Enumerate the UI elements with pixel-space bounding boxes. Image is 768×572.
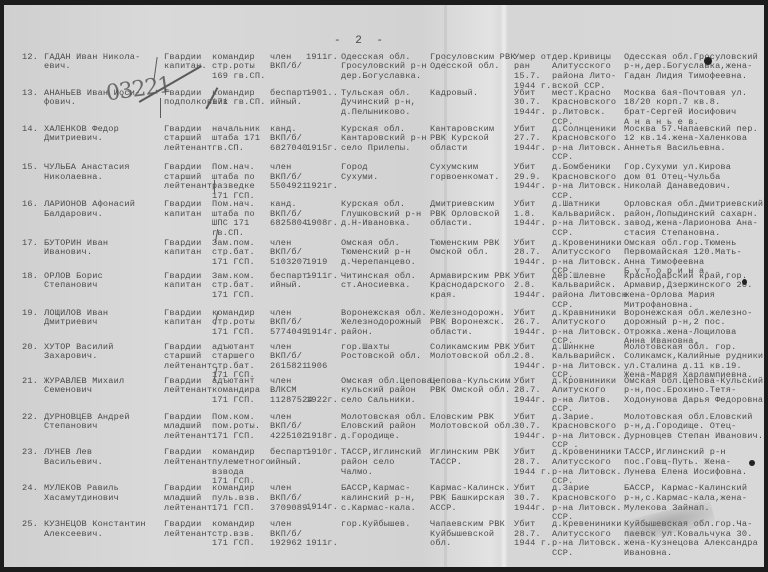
cell-rank: Гвардии лейтенант	[164, 520, 214, 539]
cell-position: Зам.ком. стр.бат. 171 ГСП.	[212, 272, 272, 301]
cell-num: 13.	[22, 89, 44, 99]
cell-kin: Одесская обл.Гросуловский р-н,дер.Богусл…	[624, 53, 764, 82]
cell-rank: Гвардии капитан	[164, 239, 214, 258]
cell-num: 23.	[22, 448, 44, 458]
cell-death: Убит 28.7. 1944 г.	[514, 448, 554, 477]
cell-name: ЛОЩИЛОВ Иван Дмитриевич	[44, 309, 164, 328]
cell-num: 18.	[22, 272, 44, 282]
scanned-document-page: - 2 - 03221 12.ГАДАН Иван Никола- евич.Г…	[4, 5, 764, 567]
cell-name: ЛУНЕВ Лев Васильевич.	[44, 448, 164, 467]
cell-born: 1911г.	[306, 53, 338, 63]
cell-party: член ВКП/б/ 2615821	[270, 343, 340, 372]
cell-num: 22.	[22, 413, 44, 423]
cell-rvk: Гросуловским РВК Одесской обл.	[430, 53, 520, 72]
cell-num: 17.	[22, 239, 44, 249]
cell-death: Убит 28.7. 1944г.	[514, 377, 554, 406]
cell-num: 25.	[22, 520, 44, 530]
cell-num: 15.	[22, 163, 44, 173]
cell-num: 20.	[22, 343, 44, 353]
cell-position: Пом.нач. штаба по ШПС 171 гв.СП.	[212, 200, 272, 238]
cell-rank: Гвардии младший лейтенант	[164, 413, 214, 442]
cell-kin: Москва 6ая-Почтовая ул. 18/20 корп.7 кв.…	[624, 89, 764, 127]
cell-born: 1910г.	[306, 448, 338, 458]
cell-death: Убит 28.7. 1944г.	[514, 239, 554, 268]
cell-kin: Молотовская обл.Еловский р-н,д.Городище.…	[624, 413, 764, 442]
cell-name: ОРЛОВ Борис Степанович	[44, 272, 164, 291]
cell-kin: Гор.Сухуми ул.Кирова дом 01 Отец-Чульба …	[624, 163, 764, 192]
cell-born: 1919	[306, 258, 327, 268]
cell-death: Убит 1.8. 1944г.	[514, 200, 554, 229]
cell-kin: Краснодарский край,гор. Армавир,Дзержинс…	[624, 272, 764, 310]
cell-rank: Гвардии капитан	[164, 200, 214, 219]
cell-num: 16.	[22, 200, 44, 210]
cell-born: 1922г.	[306, 396, 338, 406]
cell-kin: Омская обл.Цепова-Кульский р-н,пос.Ерохи…	[624, 377, 764, 406]
cell-rank: Гвардии капитан	[164, 272, 214, 291]
cell-rank: Гвардии капитан.	[164, 53, 214, 72]
cell-name: ХУТОР Василий Захарович.	[44, 343, 164, 362]
cell-num: 19.	[22, 309, 44, 319]
cell-born: 1921г.	[306, 182, 338, 192]
cell-position: командир стр.взв. 171 ГСП.	[212, 520, 272, 549]
cell-rank: Гвардии лейтенант	[164, 448, 214, 467]
cell-rvk: Иглинским РВК ТАССР.	[430, 448, 520, 467]
cell-death: Убит 27.7. 1944г.	[514, 125, 554, 154]
cell-rvk: Цепова-Кульским РВК Омской обл.	[430, 377, 520, 396]
cell-rvk: Тюменским РВК Омской обл.	[430, 239, 520, 258]
cell-name: КУЗНЕЦОВ Константин Алексеевич.	[44, 520, 164, 539]
cell-name: БУТОРИН Иван Иванович.	[44, 239, 164, 258]
cell-name: ЖУРАВЛЕВ Михаил Семенович	[44, 377, 164, 396]
page-number: - 2 -	[334, 35, 387, 47]
cell-rank: Гвардии старший лейтенант	[164, 163, 214, 192]
cell-name: ГАДАН Иван Никола- евич.	[44, 53, 164, 72]
cell-rank: Гвардии старший лейтенант	[164, 125, 214, 154]
cell-name: МУЛЕКОВ Равиль Хасамутдинович	[44, 484, 164, 503]
cell-name: ХАЛЕНКОВ Федор Дмитриевич.	[44, 125, 164, 144]
cell-born: 1914г.	[306, 503, 338, 513]
ink-blot	[742, 279, 747, 285]
cell-position: начальник штаба 171 гв.СП.	[212, 125, 272, 154]
cell-born: 1914г.	[306, 328, 338, 338]
cell-rvk: Кантаровским РВК Курской области	[430, 125, 520, 154]
cell-rank: Гвардии капитан	[164, 309, 214, 328]
cell-rank: Гвардии лейтенант	[164, 377, 214, 396]
cell-rvk: Еловским РВК Молотовской обл.	[430, 413, 520, 432]
cell-rank: Гвардии старший лейтенант	[164, 343, 214, 372]
cell-death: Убит 30.7. 1944г.	[514, 484, 554, 513]
cell-num: 14.	[22, 125, 44, 135]
cell-death: Убит 30.7. 1944г.	[514, 413, 554, 442]
cell-position: командир стр.роты 169 гв.СП.	[212, 53, 272, 82]
cell-rvk: Кадровый.	[430, 89, 520, 99]
cell-num: 24.	[22, 484, 44, 494]
cell-death: Умер от ран 15.7. 1944 г.	[514, 53, 554, 91]
cell-position: командир пуль.взв. 171 ГСП.	[212, 484, 272, 513]
cell-born: 1918г.	[306, 432, 338, 442]
cell-position: командир 171 гв.СП.	[212, 89, 272, 108]
ink-blot	[704, 57, 712, 65]
cell-rvk: Сухумским горвоенкомат.	[430, 163, 520, 182]
cell-death: Убит 28.7. 1944 г.	[514, 520, 554, 549]
checkmark-icon	[214, 180, 215, 194]
cell-position: Пом.нач. штаба по разведке 171 ГСП.	[212, 163, 272, 201]
cell-born: 1906	[306, 362, 327, 372]
cell-born: 1901..	[306, 89, 338, 99]
cell-position: командир стр.роты 171 ГСП.	[212, 309, 272, 338]
cell-death: Убит 2.8. 1944г.	[514, 343, 554, 372]
ink-blot	[749, 460, 755, 466]
cell-rvk: Кармас-Калинск. РВК Башкирская АССР.	[430, 484, 520, 513]
cell-kin: ТАССР,Иглинский р-н пос.Говщ-Путь. Жена-…	[624, 448, 764, 477]
cell-rvk: Соликамским РВК Молотовской обл.	[430, 343, 520, 362]
cell-death: Убит 30.7. 1944г.	[514, 89, 554, 118]
cell-name: ЛАРИОНОВ Афонасий Балдарович.	[44, 200, 164, 219]
cell-rvk: Чапаевским РВК Куйбышевской обл.	[430, 520, 520, 549]
cell-rvk: Армавирским РВК Краснодарского края.	[430, 272, 520, 301]
cell-death: Убит 26.7. 1944г.	[514, 309, 554, 338]
cell-position: Пом.ком. пом.роты. 171 ГСП.	[212, 413, 272, 442]
cell-party: член ВКП/б/ 5103207	[270, 239, 340, 268]
cell-rvk: Железнодорожн. РВК Воронежск. области.	[430, 309, 520, 338]
cell-born: 1915г.	[306, 144, 338, 154]
cell-born: 1908г.	[306, 219, 338, 229]
cell-name: ДУРНОВЦЕВ Андрей Степанович	[44, 413, 164, 432]
cell-rank: Гвардии младший лейтенант	[164, 484, 214, 513]
cell-death: Убит 29.9. 1944г.	[514, 163, 554, 192]
cell-position: командир пулеметного взвода 171 ГСП.	[212, 448, 272, 486]
cell-rvk: Дмитриевским РВК Орловской области.	[430, 200, 520, 229]
cell-born: 1911г.	[306, 539, 338, 549]
cell-born: 1911г.	[306, 272, 338, 282]
cell-position: адъютант командира 171 ГСП.	[212, 377, 272, 406]
cell-name: ЧУЛЬБА Анастасия Николаевна.	[44, 163, 164, 182]
checkmark-icon	[160, 98, 161, 118]
cell-kin: Орловская обл.Дмитриевский район,Лопыдин…	[624, 200, 764, 238]
cell-num: 12.	[22, 53, 44, 63]
cell-death: Убит 2.8. 1944г.	[514, 272, 554, 301]
cell-position: Зам.пом. стр.бат. 171 ГСП.	[212, 239, 272, 268]
cell-num: 21.	[22, 377, 44, 387]
cell-kin: Москва 57.Чапаевский пер. 12 кв.14.жена-…	[624, 125, 764, 154]
